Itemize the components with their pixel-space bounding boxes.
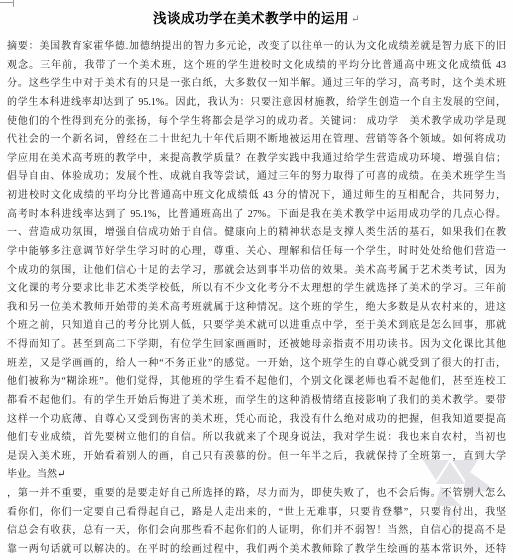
text-line: 他们被称为“糊涂班”。他们觉得，其他班的学生看不起他们，个别文化课老师也看不起他… xyxy=(7,373,506,392)
text-line: 班差，又是学画画的，给人一种“不务正业”的感觉。一开始，这个班学生的自尊心就受到… xyxy=(7,355,506,374)
text-line: 个班之前，只知道自己的考分比别人低，只要学美术就可以进重点中学，至于美术到底是怎… xyxy=(7,317,506,336)
text-line: 这样一个功底薄、自尊心又受到伤害的美术班，凭心而论，我没有什么绝对成功的把握，但… xyxy=(7,411,506,430)
text-line: 是误入美术班，开始看着别人的画，自己只有羡慕的份。但一年半之后，我就保持了全班第… xyxy=(7,448,506,467)
text-line: 倡导自由、体验成功；发展个性、成就自我等尝试，通过三年的努力取得了可喜的成绩。在… xyxy=(7,168,506,187)
text-line: 都看不起他们。有的学生开始后悔进了美术班，而学生的这种消极情绪直接影响了我们的美… xyxy=(7,392,506,411)
text-line: 毕业。当然↵ xyxy=(7,466,506,485)
text-line: 代社会的一个新名词，曾经在二十世纪九十年代后期不断地被运用在管理、营销等各个领域… xyxy=(7,131,506,150)
text-line: 信总会有收获，总有一天，你们会向那些看不起你们的人证明，你们并不弱智！当然，自信… xyxy=(7,522,506,541)
document-page: 浅谈成功学在美术教学中的运用↵ 摘要：美国教育家霍华德.加德纳提出的智力多元论，… xyxy=(0,0,513,560)
text-line: 学应用在美术高考班的教学中，来提高教学质量？在教学实践中我通过给学生营造成功环境… xyxy=(7,150,506,169)
text-line: 分。这些学生中对于美术有的只是一张白纸，大多数仅一知半解。通过三年的学习，高考时… xyxy=(7,75,506,94)
text-line: 初进校时文化成绩的平均分比普通高中班文化成绩低 43 分的情况下，通过师生的互相… xyxy=(7,187,506,206)
text-line: ，第一并不重要，重要的是要走好自己所选择的路，尽力而为，即使失败了，也不会后悔。… xyxy=(7,485,506,504)
text-line: 文化课的考分要求比非艺术类学校低，所以有不少文化考分不太理想的学生就选择了美术的… xyxy=(7,280,506,299)
text-line: 看你们，你们一定要自己看得起自己，路是人走出来的，“世上无难事，只要肯登攀”，只… xyxy=(7,504,506,523)
text-line: 使他们的个性得到充分的张扬，每个学生将都会是学习的成功者。关键词： 成功学 美术… xyxy=(7,113,506,132)
document-title-text: 浅谈成功学在美术教学中的运用 xyxy=(153,11,349,26)
text-line: 摘要：美国教育家霍华德.加德纳提出的智力多元论，改变了以往单一的认为文化成绩差就… xyxy=(7,38,506,57)
text-line: 不得而知了。甚至到高二下学期，有位学生回家画画时，还被她母亲指责不用功读书。因为… xyxy=(7,336,506,355)
text-line: 个成功的氛围，让他们信心十足的去学习，那就会达到事半功倍的效果。美术高考属于艺术… xyxy=(7,262,506,281)
text-line: 他们专业成绩，首先要树立他们的自信。所以我就来了个现身说法，我对学生说：我也来自… xyxy=(7,429,506,448)
text-line: 的学生本科进线率却达到了 95.1%。因此，我认为：只要注意因材施教，给学生创造… xyxy=(7,94,506,113)
text-line: 高考时本科进线率达到了 95.1%，比普通班高出了 27%。下面是我在美术教学中… xyxy=(7,206,506,225)
text-line: 我和另一位美术教师开始带的美术高考班就属于这种情况。这个班的学生，绝大多数是从农… xyxy=(7,299,506,318)
text-line: 观念。三年前，我带了一个美术班，这个班的学生进校时文化成绩的平均分比普通高中班文… xyxy=(7,57,506,76)
document-title: 浅谈成功学在美术教学中的运用↵ xyxy=(0,0,513,31)
text-line: 学中能够多注意调节好学生学习时的心理，尊重、关心、理解和信任每一个学生，时时处处… xyxy=(7,243,506,262)
text-line: 靠一两句话就可以解决的。在平时的绘画过程中，我们两个美术教师除了教学生绘画的基本… xyxy=(7,541,506,560)
paragraph-mark-icon: ↵ xyxy=(351,14,360,25)
document-body: 摘要：美国教育家霍华德.加德纳提出的智力多元论，改变了以往单一的认为文化成绩差就… xyxy=(7,38,506,560)
text-line: 一、营造成功氛围，增强自信成功始于自信。健康向上的精神状态是支撑人类生活的基石，… xyxy=(7,224,506,243)
